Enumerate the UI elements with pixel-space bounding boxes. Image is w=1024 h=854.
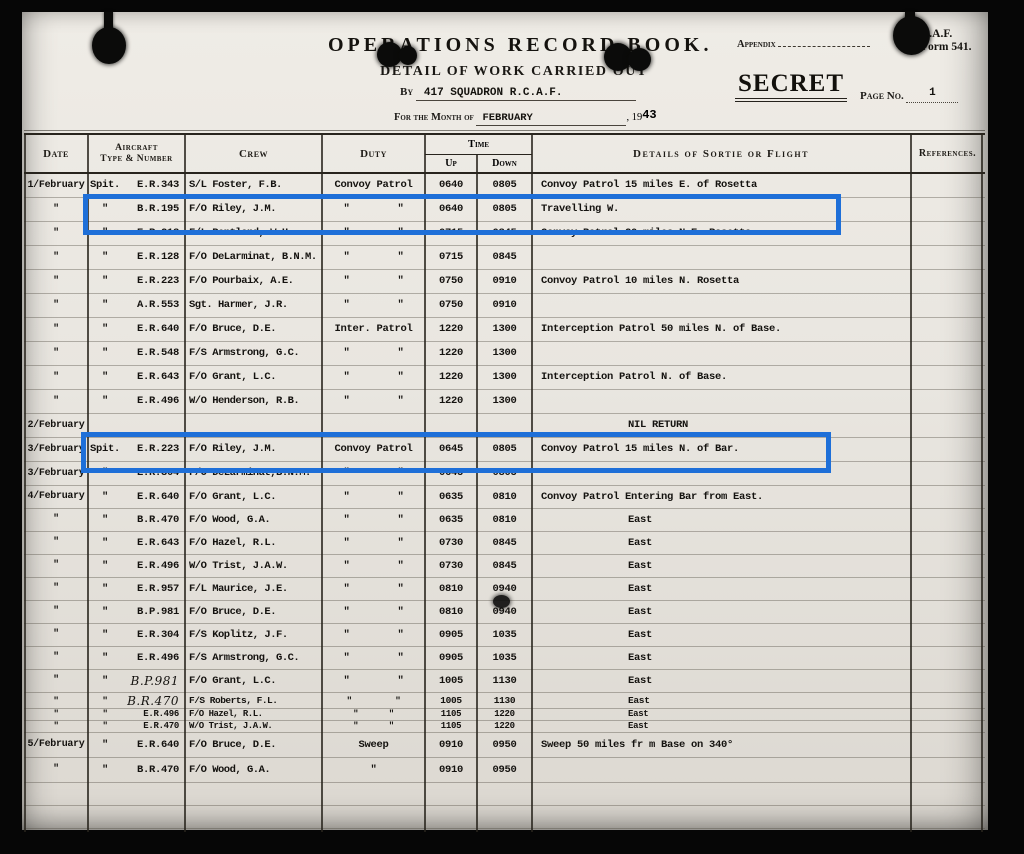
table-row: 5/February " E.R.640 F/O Bruce, D.E. Swe… — [24, 733, 985, 758]
cell-time-down: 1220 — [477, 721, 532, 732]
cell-date: " — [24, 709, 88, 720]
ink-blot — [493, 595, 510, 608]
cell-references — [910, 414, 985, 437]
cell-time-up: 0910 — [425, 733, 477, 757]
column-rule-updown — [476, 154, 478, 832]
aircraft-number: E.R.470 — [122, 722, 185, 731]
table-row: " " B.R.470 F/O Wood, G.A. " 0910 0950 — [24, 758, 985, 783]
cell-references — [910, 806, 985, 828]
cell-duty: " " — [322, 693, 425, 708]
aircraft-type: " — [88, 324, 122, 335]
aircraft-type: " — [88, 584, 122, 595]
cell-aircraft: " A.R.553 — [88, 294, 185, 317]
header-time-down: Down — [477, 155, 532, 172]
cell-aircraft: " E.R.548 — [88, 342, 185, 365]
cell-crew: F/L Maurice, J.E. — [185, 578, 322, 600]
aircraft-number: E.R.496 — [122, 710, 185, 719]
cell-date: " — [24, 294, 88, 317]
aircraft-number: E.R.128 — [122, 252, 185, 263]
cell-details: East — [532, 647, 910, 669]
cell-details: East — [532, 601, 910, 623]
ink-blot — [399, 46, 417, 65]
cell-references — [910, 270, 985, 293]
cell-crew: F/S Armstrong, G.C. — [185, 647, 322, 669]
cell-references — [910, 294, 985, 317]
cell-details — [532, 390, 910, 413]
cell-references — [910, 198, 985, 221]
cell-time-down: 1300 — [477, 366, 532, 389]
table-row: " " E.R.643 F/O Hazel, R.L. " " 0730 084… — [24, 532, 985, 555]
header-details: Details of Sortie or Flight — [532, 135, 910, 172]
cell-details: East — [532, 624, 910, 646]
aircraft-type: " — [88, 252, 122, 263]
aircraft-type: " — [88, 561, 122, 572]
ink-blot — [628, 48, 651, 71]
cell-crew: F/O DeLarminat, B.N.M. — [185, 246, 322, 269]
aircraft-number: E.R.640 — [122, 492, 185, 503]
cell-time-up: 0750 — [425, 294, 477, 317]
punch-hole — [893, 16, 930, 55]
page-number-line: Page No. 1 — [860, 90, 958, 104]
cell-crew: F/O Hazel, R.L. — [185, 532, 322, 554]
cell-time-up: 1220 — [425, 366, 477, 389]
aircraft-type: " — [88, 710, 122, 719]
cell-time-down: 0845 — [477, 555, 532, 577]
cell-references — [910, 733, 985, 757]
cell-duty: " " — [322, 555, 425, 577]
aircraft-type: " — [88, 676, 122, 687]
cell-aircraft: " E.R.957 — [88, 578, 185, 600]
cell-date: " — [24, 693, 88, 708]
cell-details — [532, 342, 910, 365]
cell-time-up: 0635 — [425, 509, 477, 531]
cell-duty: " " — [322, 390, 425, 413]
column-rule — [321, 135, 323, 832]
cell-date: " — [24, 318, 88, 341]
cell-aircraft: " E.R.496 — [88, 647, 185, 669]
aircraft-number: E.R.496 — [122, 561, 185, 572]
cell-details: Interception Patrol 50 miles N. of Base. — [532, 318, 910, 341]
cell-time-down: 1130 — [477, 693, 532, 708]
header-time-up: Up — [425, 155, 477, 172]
header-crew: Crew — [185, 135, 322, 172]
year-value: 43 — [642, 108, 656, 122]
cell-time-up: 0750 — [425, 270, 477, 293]
cell-aircraft: " E.R.496 — [88, 555, 185, 577]
table-row — [24, 806, 985, 829]
cell-aircraft — [88, 783, 185, 805]
cell-aircraft: " E.R.223 — [88, 270, 185, 293]
cell-references — [910, 578, 985, 600]
cell-duty: Inter. Patrol — [322, 318, 425, 341]
cell-crew: F/S Koplitz, J.F. — [185, 624, 322, 646]
cell-duty: Sweep — [322, 733, 425, 757]
cell-crew: W/O Henderson, R.B. — [185, 390, 322, 413]
column-rule — [981, 135, 983, 832]
cell-time-up: 1220 — [425, 318, 477, 341]
cell-date: " — [24, 509, 88, 531]
cell-crew: Sgt. Harmer, J.R. — [185, 294, 322, 317]
cell-time-down: 1300 — [477, 318, 532, 341]
cell-references — [910, 532, 985, 554]
cell-details — [532, 294, 910, 317]
cell-details — [532, 783, 910, 805]
month-line: For the Month of FEBRUARY, 1943 — [394, 110, 657, 126]
month-value: FEBRUARY — [476, 112, 626, 126]
aircraft-number: E.R.643 — [122, 538, 185, 549]
aircraft-type: " — [88, 348, 122, 359]
table-row: " " B.R.470 F/O Wood, G.A. " " 0635 0810… — [24, 509, 985, 532]
squadron-line: By 417 SQUADRON R.C.A.F. — [400, 86, 636, 101]
cell-aircraft: " E.R.304 — [88, 624, 185, 646]
cell-references — [910, 438, 985, 461]
cell-date: " — [24, 555, 88, 577]
cell-aircraft: " E.R.643 — [88, 532, 185, 554]
aircraft-type: " — [88, 396, 122, 407]
cell-details: East — [532, 670, 910, 692]
header-duty: Duty — [322, 135, 425, 172]
aircraft-type: " — [88, 276, 122, 287]
cell-time-up: 1220 — [425, 342, 477, 365]
cell-crew: W/O Trist, J.A.W. — [185, 721, 322, 732]
cell-references — [910, 555, 985, 577]
cell-time-up: 1220 — [425, 390, 477, 413]
cell-duty: " " — [322, 509, 425, 531]
cell-details: East — [532, 578, 910, 600]
cell-references — [910, 601, 985, 623]
cell-duty: " " — [322, 366, 425, 389]
cell-aircraft — [88, 806, 185, 828]
month-label: For the Month of — [394, 112, 474, 123]
cell-time-down: 0910 — [477, 270, 532, 293]
cell-crew: F/S Armstrong, G.C. — [185, 342, 322, 365]
aircraft-number: E.R.343 — [122, 180, 185, 191]
aircraft-number: E.R.643 — [122, 372, 185, 383]
cell-crew: F/S Roberts, F.L. — [185, 693, 322, 708]
cell-date: " — [24, 721, 88, 732]
aircraft-number: E.R.640 — [122, 324, 185, 335]
cell-aircraft: " E.R.640 — [88, 486, 185, 508]
cell-crew: F/O Bruce, D.E. — [185, 318, 322, 341]
header-references: References. — [910, 135, 985, 172]
cell-duty: " " — [322, 601, 425, 623]
cell-references — [910, 174, 985, 197]
cell-time-down: 1300 — [477, 342, 532, 365]
cell-time-up — [425, 806, 477, 828]
cell-crew: F/O Wood, G.A. — [185, 509, 322, 531]
sortie-table: Date Aircraft Type & Number Crew Duty Ti… — [24, 133, 985, 832]
aircraft-number: E.R.496 — [122, 396, 185, 407]
cell-details: East — [532, 709, 910, 720]
cell-date: 5/February — [24, 733, 88, 757]
cell-date: 3/February — [24, 438, 88, 461]
cell-date: " — [24, 390, 88, 413]
cell-references — [910, 366, 985, 389]
cell-time-up — [425, 783, 477, 805]
column-rule — [24, 135, 26, 832]
aircraft-type: " — [88, 492, 122, 503]
cell-details: Convoy Patrol Entering Bar from East. — [532, 486, 910, 508]
cell-time-up: 0715 — [425, 246, 477, 269]
column-rule — [531, 135, 533, 832]
cell-date: 1/February — [24, 174, 88, 197]
table-row: " " E.R.223 F/O Pourbaix, A.E. " " 0750 … — [24, 270, 985, 294]
aircraft-number: B.P.981 — [122, 675, 185, 687]
aircraft-type: " — [88, 300, 122, 311]
aircraft-type: " — [88, 740, 122, 751]
column-rule — [424, 135, 426, 832]
cell-date: " — [24, 222, 88, 245]
cell-time-down: 1220 — [477, 709, 532, 720]
cell-crew: F/O Bruce, D.E. — [185, 733, 322, 757]
table-row: " " B.R.470 F/S Roberts, F.L. " " 1005 1… — [24, 693, 985, 709]
cell-time-up: 0730 — [425, 555, 477, 577]
header-date: Date — [24, 135, 88, 172]
cell-duty: " " — [322, 246, 425, 269]
cell-aircraft: " E.R.640 — [88, 733, 185, 757]
cell-time-down: 1300 — [477, 390, 532, 413]
cell-references — [910, 758, 985, 782]
cell-time-down: 0950 — [477, 733, 532, 757]
cell-duty: " " — [322, 647, 425, 669]
cell-crew: F/O Grant, L.C. — [185, 486, 322, 508]
table-row: " " E.R.643 F/O Grant, L.C. " " 1220 130… — [24, 366, 985, 390]
highlight-box-riley-feb1 — [83, 194, 841, 235]
cell-time-up: 1105 — [425, 709, 477, 720]
aircraft-type: " — [88, 630, 122, 641]
cell-crew: F/O Pourbaix, A.E. — [185, 270, 322, 293]
table-header-row: Date Aircraft Type & Number Crew Duty Ti… — [24, 135, 985, 174]
aircraft-number: E.R.640 — [122, 740, 185, 751]
cell-time-up: 0730 — [425, 532, 477, 554]
table-rows: 1/February Spit. E.R.343 S/L Foster, F.B… — [24, 174, 985, 832]
column-rule — [910, 135, 912, 832]
classification-stamp: SECRET — [735, 70, 847, 102]
table-row: " " E.R.304 F/S Koplitz, J.F. " " 0905 1… — [24, 624, 985, 647]
header-aircraft: Aircraft Type & Number — [88, 135, 185, 172]
cell-date: 3/February — [24, 462, 88, 485]
cell-duty: " — [322, 758, 425, 782]
cell-aircraft: " B.R.470 — [88, 758, 185, 782]
cell-time-down: 0950 — [477, 758, 532, 782]
cell-aircraft: " B.R.470 — [88, 509, 185, 531]
cell-crew: F/O Grant, L.C. — [185, 670, 322, 692]
cell-crew — [185, 783, 322, 805]
aircraft-number: B.R.470 — [122, 515, 185, 526]
cell-duty: " " — [322, 486, 425, 508]
cell-aircraft: " E.R.643 — [88, 366, 185, 389]
squadron-value: 417 SQUADRON R.C.A.F. — [416, 87, 636, 101]
cell-date: " — [24, 758, 88, 782]
aircraft-type: " — [88, 765, 122, 776]
page-number-value: 1 — [906, 90, 958, 103]
cell-aircraft: " E.R.496 — [88, 390, 185, 413]
cell-references — [910, 486, 985, 508]
cell-references — [910, 693, 985, 708]
cell-crew: F/O Wood, G.A. — [185, 758, 322, 782]
aircraft-type: Spit. — [88, 180, 122, 191]
cell-time-down: 0845 — [477, 246, 532, 269]
cell-date: " — [24, 270, 88, 293]
cell-references — [910, 783, 985, 805]
cell-date — [24, 783, 88, 805]
table-row: 4/February " E.R.640 F/O Grant, L.C. " "… — [24, 486, 985, 509]
cell-duty: " " — [322, 532, 425, 554]
cell-details: East — [532, 555, 910, 577]
cell-aircraft: " E.R.496 — [88, 709, 185, 720]
table-row: " " E.R.548 F/S Armstrong, G.C. " " 1220… — [24, 342, 985, 366]
cell-time-down — [477, 783, 532, 805]
cell-references — [910, 647, 985, 669]
table-row — [24, 783, 985, 806]
cell-details: East — [532, 693, 910, 708]
cell-time-up: 1005 — [425, 670, 477, 692]
appendix-label: Appendix — [737, 39, 776, 50]
cell-details — [532, 758, 910, 782]
cell-references — [910, 670, 985, 692]
cell-time-down: 1035 — [477, 624, 532, 646]
cell-date: " — [24, 246, 88, 269]
cell-date: " — [24, 624, 88, 646]
cell-duty: " " — [322, 294, 425, 317]
cell-date: " — [24, 198, 88, 221]
cell-details: East — [532, 509, 910, 531]
cell-crew: W/O Trist, J.A.W. — [185, 555, 322, 577]
table-row: " " E.R.640 F/O Bruce, D.E. Inter. Patro… — [24, 318, 985, 342]
cell-crew: F/O Bruce, D.E. — [185, 601, 322, 623]
cell-references — [910, 390, 985, 413]
cell-date: " — [24, 670, 88, 692]
aircraft-number: A.R.553 — [122, 300, 185, 311]
cell-date: " — [24, 578, 88, 600]
cell-date: 4/February — [24, 486, 88, 508]
cell-time-up: 0905 — [425, 624, 477, 646]
page-number-label: Page No. — [860, 90, 904, 102]
cell-date: " — [24, 647, 88, 669]
table-row: " " A.R.553 Sgt. Harmer, J.R. " " 0750 0… — [24, 294, 985, 318]
cell-time-up: 0810 — [425, 601, 477, 623]
cell-crew: F/O Hazel, R.L. — [185, 709, 322, 720]
cell-date: 2/February — [24, 414, 88, 437]
header-time: Time — [425, 135, 532, 155]
highlight-box-riley-feb3 — [81, 432, 831, 473]
aircraft-type: " — [88, 722, 122, 731]
punch-hole — [92, 27, 126, 64]
cell-details: Sweep 50 miles fr m Base on 340° — [532, 733, 910, 757]
aircraft-number: E.R.548 — [122, 348, 185, 359]
cell-date — [24, 806, 88, 828]
cell-references — [910, 509, 985, 531]
cell-aircraft: " E.R.470 — [88, 721, 185, 732]
aircraft-type: " — [88, 372, 122, 383]
aircraft-type: " — [88, 653, 122, 664]
aircraft-number: B.P.981 — [122, 607, 185, 618]
cell-duty: " " — [322, 624, 425, 646]
cell-references — [910, 462, 985, 485]
cell-duty: " " — [322, 270, 425, 293]
cell-time-down: 0810 — [477, 509, 532, 531]
cell-time-up: 0905 — [425, 647, 477, 669]
cell-duty: " " — [322, 342, 425, 365]
aircraft-number: E.R.957 — [122, 584, 185, 595]
cell-duty — [322, 806, 425, 828]
aircraft-type: " — [88, 696, 122, 706]
cell-details — [532, 806, 910, 828]
appendix-blank — [778, 37, 870, 47]
cell-references — [910, 222, 985, 245]
cell-duty: " " — [322, 721, 425, 732]
aircraft-type: " — [88, 607, 122, 618]
cell-aircraft: " E.R.128 — [88, 246, 185, 269]
table-row: " " E.R.496 W/O Trist, J.A.W. " " 0730 0… — [24, 555, 985, 578]
cell-aircraft: " E.R.640 — [88, 318, 185, 341]
table-row: " " E.R.496 W/O Henderson, R.B. " " 1220… — [24, 390, 985, 414]
cell-details — [532, 246, 910, 269]
cell-time-up: 1105 — [425, 721, 477, 732]
table-row: " " B.P.981 F/O Grant, L.C. " " 1005 113… — [24, 670, 985, 693]
by-label: By — [400, 86, 413, 98]
cell-aircraft: " B.P.981 — [88, 601, 185, 623]
cell-time-down — [477, 806, 532, 828]
cell-crew — [185, 806, 322, 828]
year-prefix: , 19 — [626, 112, 642, 123]
aircraft-number: E.R.223 — [122, 276, 185, 287]
aircraft-number: E.R.304 — [122, 630, 185, 641]
cell-duty: " " — [322, 670, 425, 692]
column-rule — [184, 135, 186, 832]
cell-date: " — [24, 601, 88, 623]
cell-duty: " " — [322, 709, 425, 720]
cell-details: Convoy Patrol 10 miles N. Rosetta — [532, 270, 910, 293]
cell-date: " — [24, 532, 88, 554]
cell-time-up: 0910 — [425, 758, 477, 782]
cell-time-down: 0810 — [477, 486, 532, 508]
column-rule — [87, 135, 89, 832]
cell-date: " — [24, 342, 88, 365]
aircraft-number: E.R.496 — [122, 653, 185, 664]
cell-time-up: 0810 — [425, 578, 477, 600]
table-row: " " E.R.496 F/O Hazel, R.L. " " 1105 122… — [24, 709, 985, 721]
cell-duty — [322, 783, 425, 805]
cell-time-up: 0635 — [425, 486, 477, 508]
aircraft-type: " — [88, 515, 122, 526]
cell-time-up: 1005 — [425, 693, 477, 708]
appendix-line: Appendix — [737, 37, 870, 50]
table-row: " " E.R.470 W/O Trist, J.A.W. " " 1105 1… — [24, 721, 985, 733]
cell-references — [910, 709, 985, 720]
cell-details: East — [532, 532, 910, 554]
aircraft-number: B.R.470 — [122, 765, 185, 776]
cell-duty: " " — [322, 578, 425, 600]
header-time-group: Time Up Down — [425, 135, 532, 172]
aircraft-type: " — [88, 538, 122, 549]
scanned-document-page: OPERATIONS RECORD BOOK. DETAIL OF WORK C… — [0, 0, 1024, 854]
cell-references — [910, 318, 985, 341]
cell-references — [910, 624, 985, 646]
cell-references — [910, 342, 985, 365]
cell-time-down: 0845 — [477, 532, 532, 554]
table-row: " " E.R.128 F/O DeLarminat, B.N.M. " " 0… — [24, 246, 985, 270]
cell-references — [910, 721, 985, 732]
cell-details: East — [532, 721, 910, 732]
table-row: " " E.R.496 F/S Armstrong, G.C. " " 0905… — [24, 647, 985, 670]
aircraft-number: B.R.470 — [122, 695, 185, 707]
cell-aircraft: " B.R.470 — [88, 693, 185, 708]
cell-date: " — [24, 366, 88, 389]
cell-time-down: 0910 — [477, 294, 532, 317]
cell-details: Interception Patrol N. of Base. — [532, 366, 910, 389]
cell-time-down: 1035 — [477, 647, 532, 669]
